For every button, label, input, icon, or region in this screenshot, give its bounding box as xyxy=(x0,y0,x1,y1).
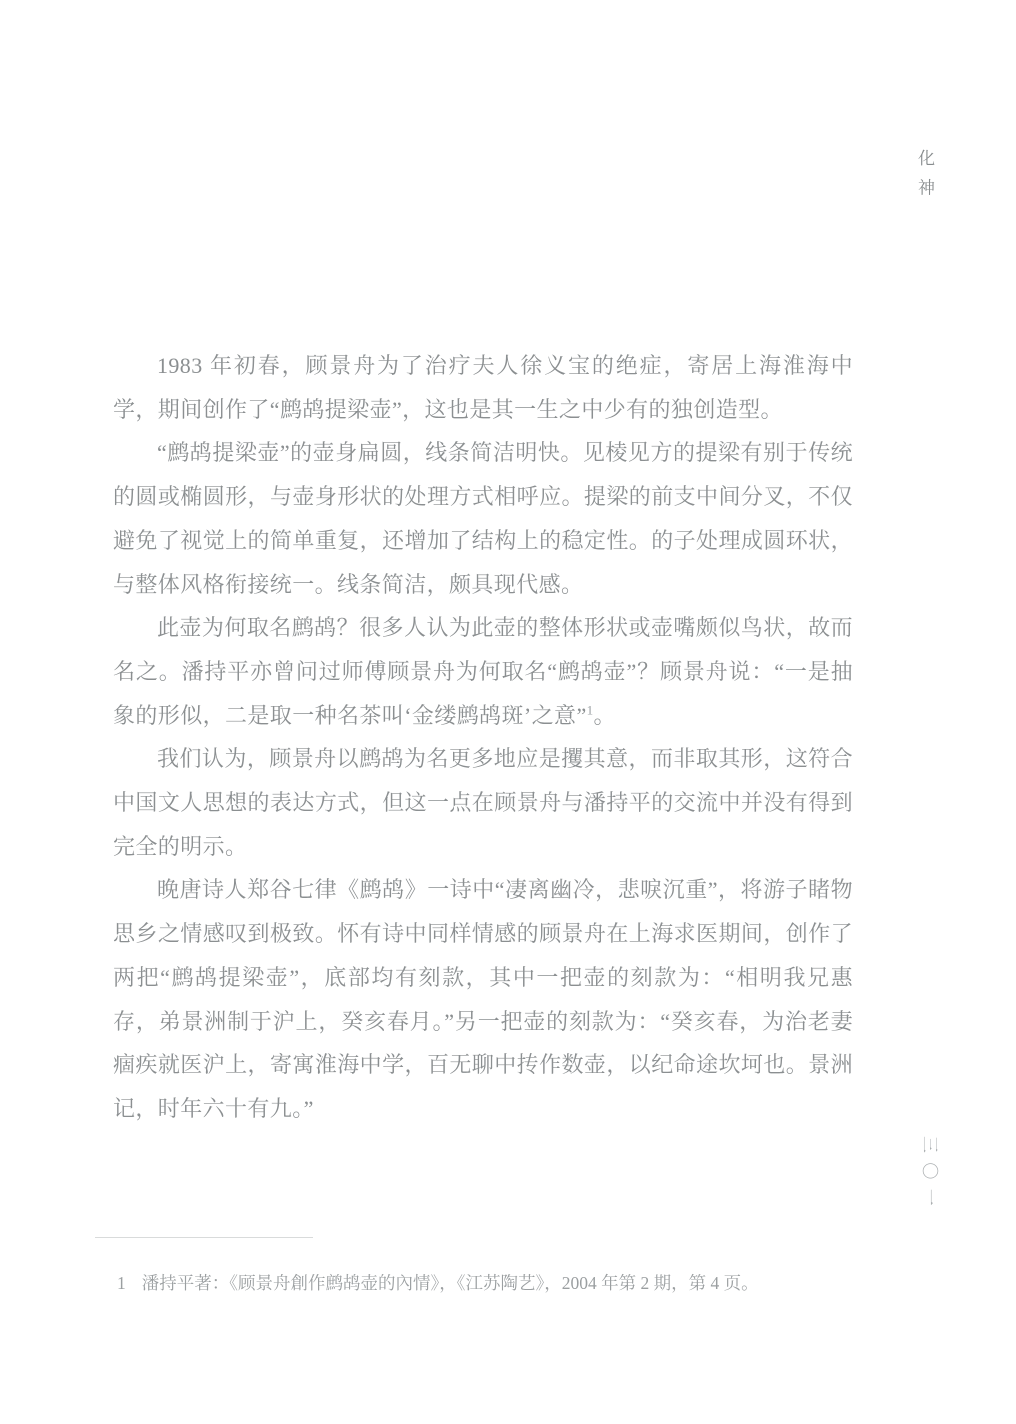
paragraph: “鹧鸪提梁壶”的壶身扁圆，线条简洁明快。见棱见方的提梁有别于传统的圆或椭圆形，与… xyxy=(113,431,853,606)
paragraph: 我们认为，顾景舟以鹧鸪为名更多地应是攫其意，而非取其形，这符合中国文人思想的表达… xyxy=(113,737,853,868)
footnote-separator-rule xyxy=(95,1237,313,1238)
page-number: 三〇一 xyxy=(919,1136,944,1215)
running-head: 化神 xyxy=(912,149,937,209)
footnote-number: 1 xyxy=(117,1270,126,1296)
paragraph-text: 此壶为何取名鹧鸪？很多人认为此壶的整体形状或壶嘴颇似鸟状，故而名之。潘持平亦曾问… xyxy=(113,615,853,727)
paragraph: 此壶为何取名鹧鸪？很多人认为此壶的整体形状或壶嘴颇似鸟状，故而名之。潘持平亦曾问… xyxy=(113,606,853,737)
paragraph-text: 。 xyxy=(594,703,616,728)
paragraph: 1983 年初春，顾景舟为了治疗夫人徐义宝的绝症，寄居上海淮海中学，期间创作了“… xyxy=(113,344,853,431)
paragraph: 晚唐诗人郑谷七律《鹧鸪》一诗中“凄离幽冷，悲唳沉重”，将游子睹物思乡之情感叹到极… xyxy=(113,868,853,1130)
footnote-text: 潘持平著：《顾景舟創作鹧鸪壶的內情》，《江苏陶艺》，2004 年第 2 期，第 … xyxy=(142,1270,837,1296)
book-page: 化神 1983 年初春，顾景舟为了治疗夫人徐义宝的绝症，寄居上海淮海中学，期间创… xyxy=(0,0,1016,1424)
footnote: 1 潘持平著：《顾景舟創作鹧鸪壶的內情》，《江苏陶艺》，2004 年第 2 期，… xyxy=(117,1270,837,1296)
main-text-block: 1983 年初春，顾景舟为了治疗夫人徐义宝的绝症，寄居上海淮海中学，期间创作了“… xyxy=(113,344,853,1131)
footnote-reference-marker: 1 xyxy=(587,702,594,717)
